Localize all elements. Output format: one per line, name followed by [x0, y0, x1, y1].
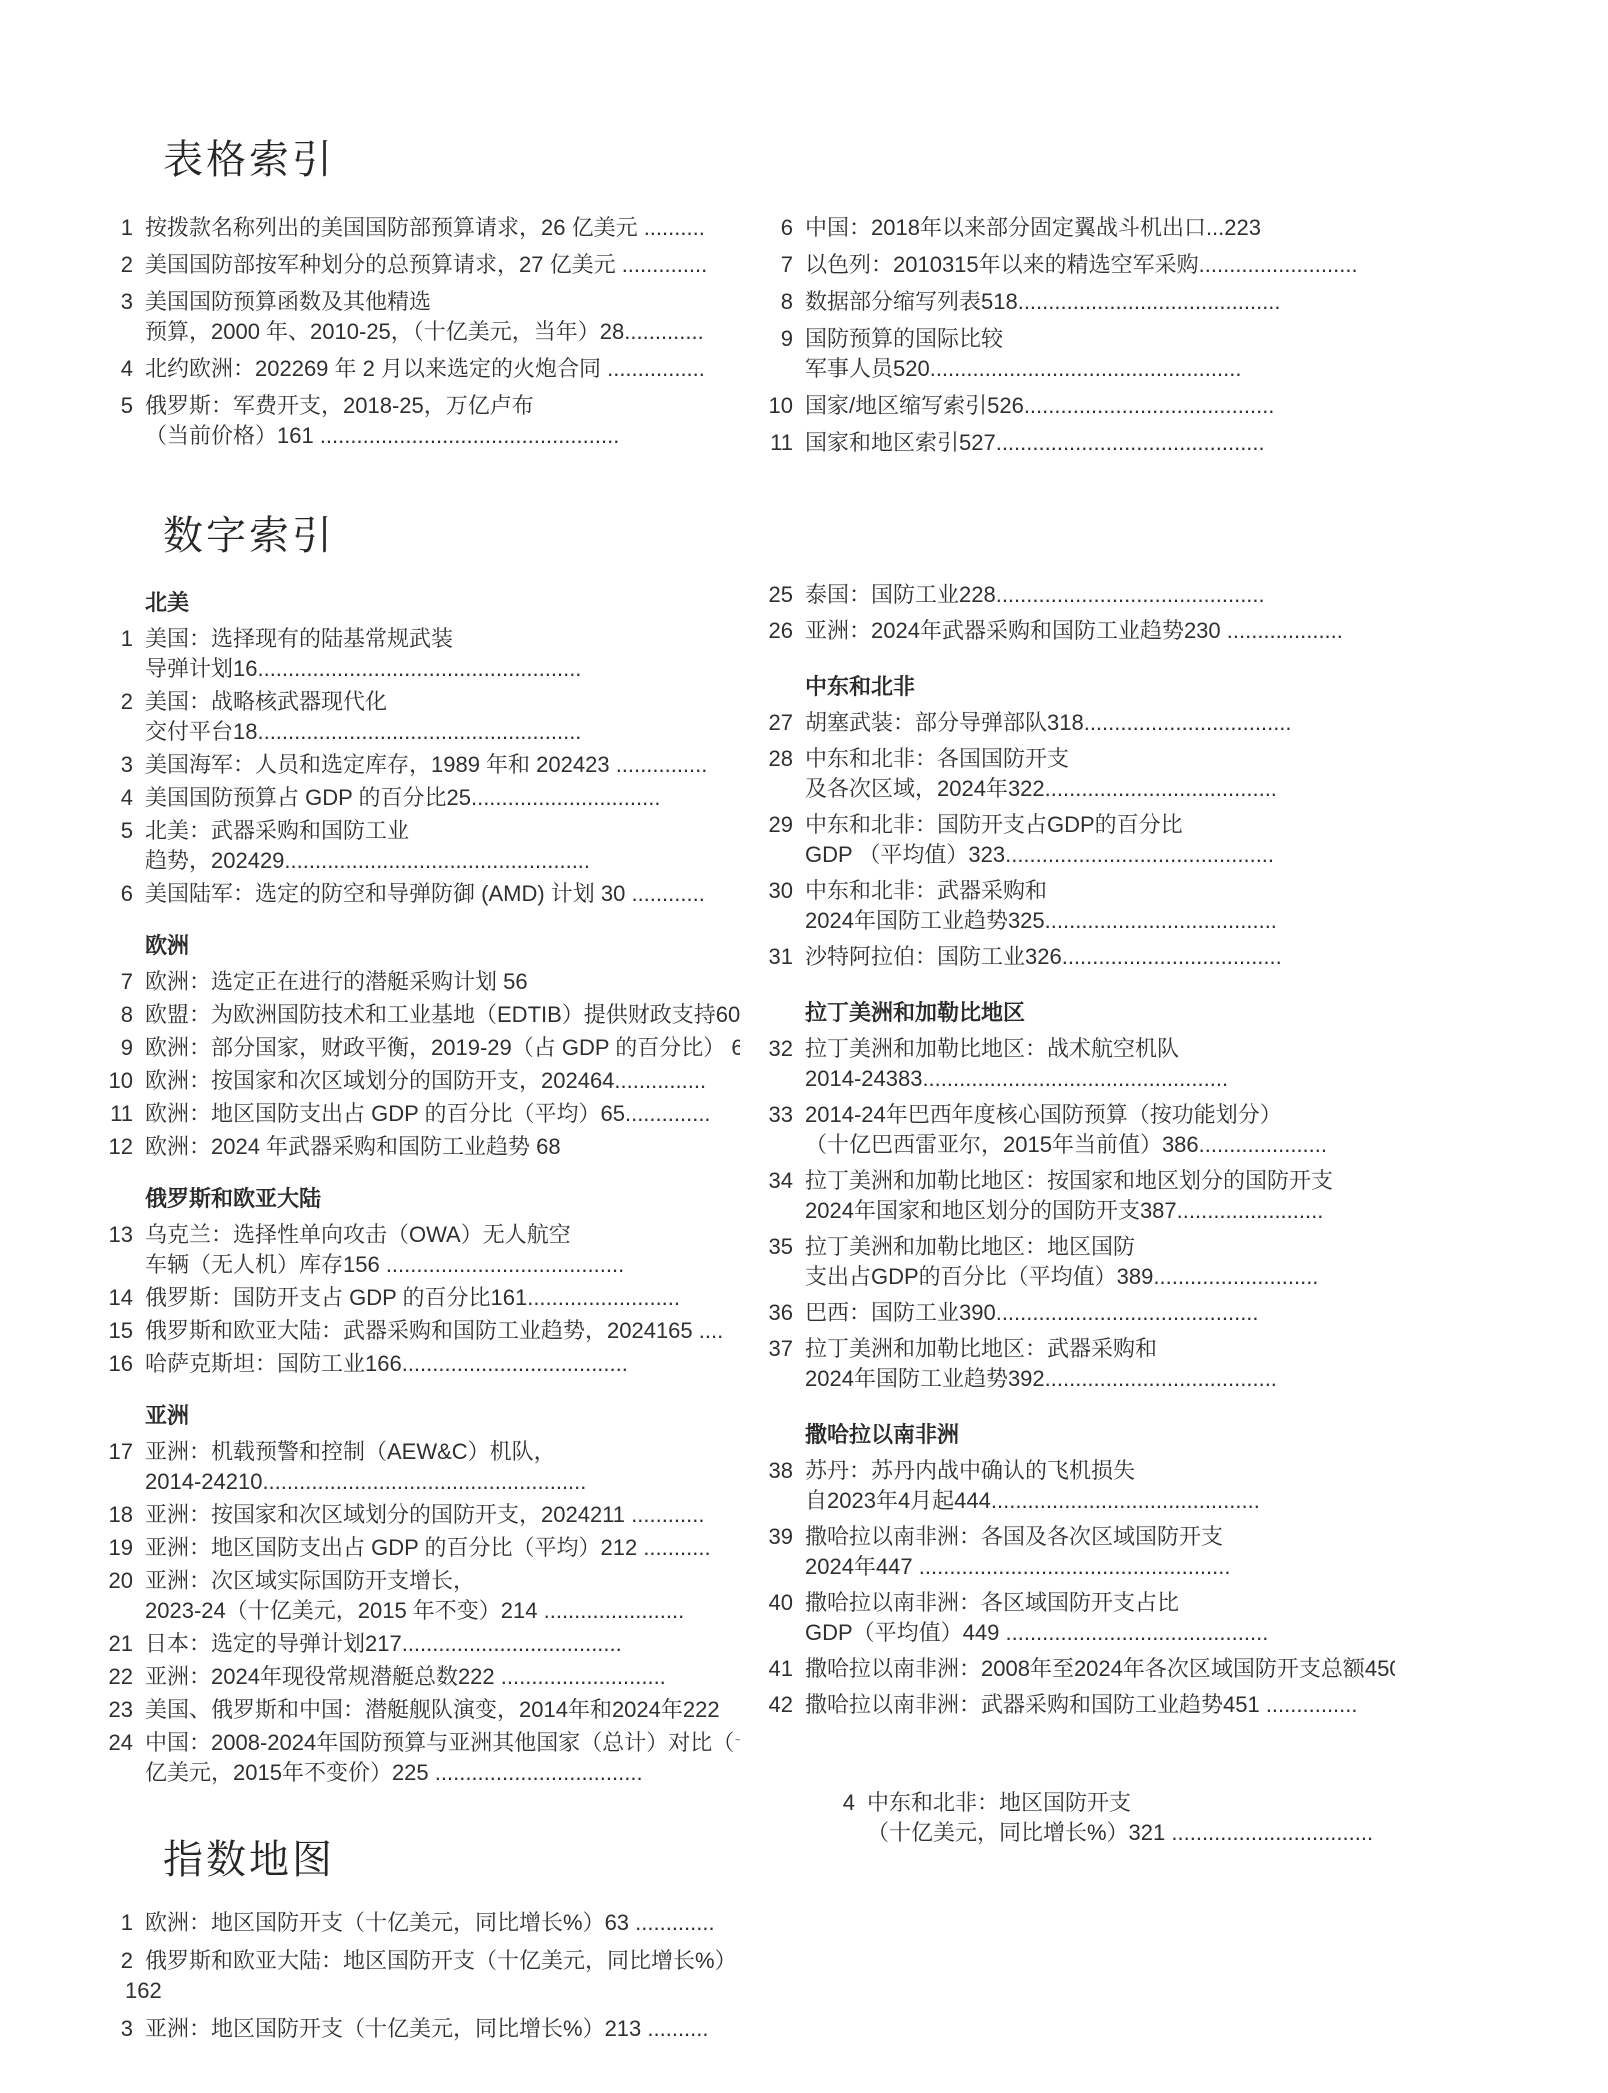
entry-line: 中东和北非：各国国防开支 — [805, 744, 1395, 774]
entry-line: 2024年国防工业趋势392..........................… — [805, 1364, 1395, 1394]
index-entry: 7以色列：2010315年以来的精选空军采购..................… — [755, 250, 1395, 280]
entry-text: 撒哈拉以南非洲：各区域国防开支占比GDP（平均值）449 ...........… — [805, 1588, 1395, 1648]
entry-line: 支出占GDP的百分比（平均值）389......................… — [805, 1262, 1395, 1292]
entry-number: 33 — [755, 1100, 805, 1160]
entry-text: 欧盟：为欧洲国防技术和工业基地（EDTIB）提供财政支持60 — [145, 1000, 740, 1030]
entry-line: 美国陆军：选定的防空和导弹防御 (AMD) 计划 30 ............ — [145, 879, 740, 909]
entry-line: 撒哈拉以南非洲：2008年至2024年各次区域国防开支总额450 — [805, 1654, 1395, 1684]
entry-text: 亚洲：2024年现役常规潜艇总数222 ....................… — [145, 1662, 740, 1692]
entry-number: 6 — [95, 879, 145, 909]
entry-line: 乌克兰：选择性单向攻击（OWA）无人航空 — [145, 1220, 740, 1250]
entry-line: 162 — [125, 1976, 740, 2006]
tables-index-left-column: 1按拨款名称列出的美国国防部预算请求，26 亿美元 ..........2美国国… — [95, 213, 740, 458]
entry-number: 42 — [755, 1690, 805, 1720]
entry-line: 2014-24383..............................… — [805, 1064, 1395, 1094]
entry-line: 拉丁美洲和加勒比地区：战术航空机队 — [805, 1034, 1395, 1064]
entry-line: 北约欧洲：202269 年 2 月以来选定的火炮合同 .............… — [145, 354, 740, 384]
index-entry: 3亚洲：地区国防开支（十亿美元，同比增长%）213 .......... — [95, 2014, 740, 2044]
entry-text: 按拨款名称列出的美国国防部预算请求，26 亿美元 .......... — [145, 213, 740, 243]
entry-line: 趋势，202429...............................… — [145, 846, 740, 876]
entry-line: 及各次区域，2024年322..........................… — [805, 774, 1395, 804]
entry-line: 美国国防部按军种划分的总预算请求，27 亿美元 .............. — [145, 250, 740, 280]
entry-text: 国家和地区索引527..............................… — [805, 428, 1395, 458]
entry-number: 3 — [95, 2014, 145, 2044]
entry-number: 11 — [95, 1099, 145, 1129]
entry-line: 日本：选定的导弹计划217...........................… — [145, 1629, 740, 1659]
entry-text: 亚洲：按国家和次区域划分的国防开支，2024211 ............ — [145, 1500, 740, 1530]
entry-number: 9 — [755, 324, 805, 384]
entry-number: 35 — [755, 1232, 805, 1292]
figures-index-left-column: 北美1美国：选择现有的陆基常规武装导弹计划16.................… — [95, 588, 740, 1791]
index-entry: 28中东和北非：各国国防开支及各次区域，2024年322............… — [755, 744, 1395, 804]
entry-text: 亚洲：地区国防支出占 GDP 的百分比（平均）212 ........... — [145, 1533, 740, 1563]
entry-number: 37 — [755, 1334, 805, 1394]
entry-number: 20 — [95, 1566, 145, 1626]
entry-number: 4 — [95, 783, 145, 813]
entry-line: 撒哈拉以南非洲：各区域国防开支占比 — [805, 1588, 1395, 1618]
entry-number: 11 — [755, 428, 805, 458]
entry-text: 中东和北非：各国国防开支及各次区域，2024年322..............… — [805, 744, 1395, 804]
index-entry: 11欧洲：地区国防支出占 GDP 的百分比（平均）65.............… — [95, 1099, 740, 1129]
entry-number: 29 — [755, 810, 805, 870]
entry-text: 俄罗斯：国防开支占 GDP 的百分比161...................… — [145, 1283, 740, 1313]
entry-text: 美国国防部按军种划分的总预算请求，27 亿美元 .............. — [145, 250, 740, 280]
entry-line: 美国国防预算函数及其他精选 — [145, 287, 740, 317]
entry-text: 美国海军：人员和选定库存，1989 年和 202423 ............… — [145, 750, 740, 780]
entry-text: 撒哈拉以南非洲：各国及各次区域国防开支2024年447 ............… — [805, 1522, 1395, 1582]
entry-number: 7 — [95, 967, 145, 997]
entry-number: 38 — [755, 1456, 805, 1516]
entry-line: 国防预算的国际比较 — [805, 324, 1395, 354]
index-entry: 9欧洲：部分国家，财政平衡，2019-29（占 GDP 的百分比） 62 — [95, 1033, 740, 1063]
entry-line: 俄罗斯：国防开支占 GDP 的百分比161...................… — [145, 1283, 740, 1313]
entry-line: 交付平台18..................................… — [145, 717, 740, 747]
entry-number: 6 — [755, 213, 805, 243]
entry-number: 5 — [95, 816, 145, 876]
entry-text: 巴西：国防工业390..............................… — [805, 1298, 1395, 1328]
index-entry: 4北约欧洲：202269 年 2 月以来选定的火炮合同 ............… — [95, 354, 740, 384]
entry-text: 日本：选定的导弹计划217...........................… — [145, 1629, 740, 1659]
entry-number: 19 — [95, 1533, 145, 1563]
entry-text: 俄罗斯：军费开支，2018-25，万亿卢布（当前价格）161 .........… — [145, 391, 740, 451]
index-entry: 26亚洲：2024年武器采购和国防工业趋势230 ...............… — [755, 616, 1395, 646]
index-entry: 4中东和北非：地区国防开支（十亿美元，同比增长%）321 ...........… — [817, 1788, 1467, 1848]
index-entry: 20亚洲：次区域实际国防开支增长，2023-24（十亿美元，2015 年不变）2… — [95, 1566, 740, 1626]
entry-line: 车辆（无人机）库存156 ...........................… — [145, 1250, 740, 1280]
entry-line: 俄罗斯：军费开支，2018-25，万亿卢布 — [145, 391, 740, 421]
index-entry: 17亚洲：机载预警和控制（AEW&C）机队，2014-24210........… — [95, 1437, 740, 1497]
index-entry: 16哈萨克斯坦：国防工业166.........................… — [95, 1349, 740, 1379]
entry-text: 数据部分缩写列表518.............................… — [805, 287, 1395, 317]
index-entry: 40撒哈拉以南非洲：各区域国防开支占比GDP（平均值）449 .........… — [755, 1588, 1395, 1648]
entry-number: 26 — [755, 616, 805, 646]
entry-line: 亚洲：按国家和次区域划分的国防开支，2024211 ............ — [145, 1500, 740, 1530]
entry-line: （当前价格）161 ..............................… — [145, 421, 740, 451]
entry-line: 拉丁美洲和加勒比地区：地区国防 — [805, 1232, 1395, 1262]
entry-number: 10 — [755, 391, 805, 421]
entry-text: 亚洲：地区国防开支（十亿美元，同比增长%）213 .......... — [145, 2014, 740, 2044]
entry-line: 亚洲：地区国防开支（十亿美元，同比增长%）213 .......... — [145, 2014, 740, 2044]
entry-number: 1 — [95, 213, 145, 243]
index-entry: 39撒哈拉以南非洲：各国及各次区域国防开支2024年447 ..........… — [755, 1522, 1395, 1582]
entry-text: 北约欧洲：202269 年 2 月以来选定的火炮合同 .............… — [145, 354, 740, 384]
entry-line: 美国：战略核武器现代化 — [145, 687, 740, 717]
region-header: 欧洲 — [145, 931, 740, 961]
maps-index-list: 1欧洲：地区国防开支（十亿美元，同比增长%）63 .............2俄… — [95, 1908, 740, 2052]
entry-line: 撒哈拉以南非洲：各国及各次区域国防开支 — [805, 1522, 1395, 1552]
entry-line: 国家/地区缩写索引526............................… — [805, 391, 1395, 421]
entry-line: 国家和地区索引527..............................… — [805, 428, 1395, 458]
entry-text: 中国：2008-2024年国防预算与亚洲其他国家（总计）对比（十亿美元，2015… — [145, 1728, 740, 1788]
entry-line: 军事人员520.................................… — [805, 354, 1395, 384]
entry-text: 俄罗斯和欧亚大陆：地区国防开支（十亿美元，同比增长%）162 — [145, 1946, 740, 2006]
entry-number: 27 — [755, 708, 805, 738]
entry-number: 34 — [755, 1166, 805, 1226]
entry-line: （十亿美元，同比增长%）321 ........................… — [867, 1818, 1467, 1848]
entry-line: 苏丹：苏丹内战中确认的飞机损失 — [805, 1456, 1395, 1486]
tables-index-title: 表格索引 — [163, 138, 335, 182]
index-entry: 7欧洲：选定正在进行的潜艇采购计划 56 — [95, 967, 740, 997]
entry-line: 亚洲：地区国防支出占 GDP 的百分比（平均）212 ........... — [145, 1533, 740, 1563]
entry-text: 苏丹：苏丹内战中确认的飞机损失自2023年4月起444.............… — [805, 1456, 1395, 1516]
entry-number: 31 — [755, 942, 805, 972]
entry-line: 亚洲：2024年武器采购和国防工业趋势230 .................… — [805, 616, 1395, 646]
entry-line: 俄罗斯和欧亚大陆：武器采购和国防工业趋势，2024165 .... — [145, 1316, 740, 1346]
index-entry: 9国防预算的国际比较军事人员520.......................… — [755, 324, 1395, 384]
entry-line: 巴西：国防工业390..............................… — [805, 1298, 1395, 1328]
entry-text: 乌克兰：选择性单向攻击（OWA）无人航空车辆（无人机）库存156 .......… — [145, 1220, 740, 1280]
entry-line: 中东和北非：地区国防开支 — [867, 1788, 1467, 1818]
entry-line: 自2023年4月起444............................… — [805, 1486, 1395, 1516]
entry-number: 32 — [755, 1034, 805, 1094]
entry-line: 俄罗斯和欧亚大陆：地区国防开支（十亿美元，同比增长%） — [145, 1946, 740, 1976]
entry-number: 17 — [95, 1437, 145, 1497]
entry-text: 北美：武器采购和国防工业趋势，202429...................… — [145, 816, 740, 876]
entry-number: 13 — [95, 1220, 145, 1280]
index-entry: 37拉丁美洲和加勒比地区：武器采购和2024年国防工业趋势392........… — [755, 1334, 1395, 1394]
document-page: 表格索引 1按拨款名称列出的美国国防部预算请求，26 亿美元 .........… — [0, 0, 1608, 2093]
entry-text: 欧洲：地区国防支出占 GDP 的百分比（平均）65.............. — [145, 1099, 740, 1129]
index-entry: 18亚洲：按国家和次区域划分的国防开支，2024211 ............ — [95, 1500, 740, 1530]
index-entry: 23美国、俄罗斯和中国：潜艇舰队演变，2014年和2024年222 — [95, 1695, 740, 1725]
entry-text: 欧洲：按国家和次区域划分的国防开支，202464............... — [145, 1066, 740, 1096]
entry-number: 30 — [755, 876, 805, 936]
entry-line: 亚洲：机载预警和控制（AEW&C）机队， — [145, 1437, 740, 1467]
entry-line: 拉丁美洲和加勒比地区：武器采购和 — [805, 1334, 1395, 1364]
entry-text: 胡塞武装：部分导弹部队318..........................… — [805, 708, 1395, 738]
region-header: 俄罗斯和欧亚大陆 — [145, 1184, 740, 1214]
entry-line: 美国、俄罗斯和中国：潜艇舰队演变，2014年和2024年222 — [145, 1695, 740, 1725]
region-header: 拉丁美洲和加勒比地区 — [805, 998, 1395, 1028]
index-entry: 25泰国：国防工业228............................… — [755, 580, 1395, 610]
entry-line: 中国：2008-2024年国防预算与亚洲其他国家（总计）对比（十 — [145, 1728, 740, 1758]
index-entry: 1按拨款名称列出的美国国防部预算请求，26 亿美元 .......... — [95, 213, 740, 243]
index-entry: 29中东和北非：国防开支占GDP的百分比GDP （平均值）323........… — [755, 810, 1395, 870]
index-entry: 10欧洲：按国家和次区域划分的国防开支，202464..............… — [95, 1066, 740, 1096]
entry-number: 14 — [95, 1283, 145, 1313]
entry-line: 泰国：国防工业228..............................… — [805, 580, 1395, 610]
entry-text: 美国：战略核武器现代化交付平台18.......................… — [145, 687, 740, 747]
entry-line: 欧盟：为欧洲国防技术和工业基地（EDTIB）提供财政支持60 — [145, 1000, 740, 1030]
index-entry: 34拉丁美洲和加勒比地区：按国家和地区划分的国防开支2024年国家和地区划分的国… — [755, 1166, 1395, 1226]
entry-text: 国防预算的国际比较军事人员520........................… — [805, 324, 1395, 384]
index-entry: 42撒哈拉以南非洲：武器采购和国防工业趋势451 ............... — [755, 1690, 1395, 1720]
entry-line: GDP（平均值）449 ............................… — [805, 1618, 1395, 1648]
entry-number: 39 — [755, 1522, 805, 1582]
region-header: 北美 — [145, 588, 740, 618]
index-entry: 3美国国防预算函数及其他精选预算，2000 年、2010-25，（十亿美元，当年… — [95, 287, 740, 347]
entry-number: 5 — [95, 391, 145, 451]
index-entry: 5北美：武器采购和国防工业趋势，202429..................… — [95, 816, 740, 876]
entry-line: 欧洲：地区国防开支（十亿美元，同比增长%）63 ............. — [145, 1908, 740, 1938]
entry-text: 撒哈拉以南非洲：武器采购和国防工业趋势451 ............... — [805, 1690, 1395, 1720]
entry-text: 亚洲：机载预警和控制（AEW&C）机队，2014-24210..........… — [145, 1437, 740, 1497]
entry-line: 拉丁美洲和加勒比地区：按国家和地区划分的国防开支 — [805, 1166, 1395, 1196]
entry-number: 3 — [95, 750, 145, 780]
entry-number: 24 — [95, 1728, 145, 1788]
entry-line: 按拨款名称列出的美国国防部预算请求，26 亿美元 .......... — [145, 213, 740, 243]
entry-text: 美国国防预算占 GDP 的百分比25......................… — [145, 783, 740, 813]
entry-line: 2023-24（十亿美元，2015 年不变）214 ..............… — [145, 1596, 740, 1626]
entry-number: 22 — [95, 1662, 145, 1692]
entry-text: 欧洲：地区国防开支（十亿美元，同比增长%）63 ............. — [145, 1908, 740, 1938]
maps-index-right-item: 4中东和北非：地区国防开支（十亿美元，同比增长%）321 ...........… — [817, 1788, 1467, 1855]
index-entry: 15俄罗斯和欧亚大陆：武器采购和国防工业趋势，2024165 .... — [95, 1316, 740, 1346]
index-entry: 12欧洲：2024 年武器采购和国防工业趋势 68 — [95, 1132, 740, 1162]
entry-line: 美国国防预算占 GDP 的百分比25......................… — [145, 783, 740, 813]
entry-line: （十亿巴西雷亚尔，2015年当前值）386...................… — [805, 1130, 1395, 1160]
entry-text: 拉丁美洲和加勒比地区：武器采购和2024年国防工业趋势392..........… — [805, 1334, 1395, 1394]
entry-text: 美国陆军：选定的防空和导弹防御 (AMD) 计划 30 ............ — [145, 879, 740, 909]
region-header: 中东和北非 — [805, 672, 1395, 702]
entry-text: 中东和北非：地区国防开支（十亿美元，同比增长%）321 ............… — [867, 1788, 1467, 1848]
entry-number: 4 — [95, 354, 145, 384]
entry-number: 41 — [755, 1654, 805, 1684]
entry-text: 亚洲：2024年武器采购和国防工业趋势230 .................… — [805, 616, 1395, 646]
entry-line: 导弹计划16..................................… — [145, 654, 740, 684]
index-entry: 6中国：2018年以来部分固定翼战斗机出口...223 — [755, 213, 1395, 243]
index-entry: 10国家/地区缩写索引526..........................… — [755, 391, 1395, 421]
entry-number: 2 — [95, 687, 145, 747]
entry-number: 23 — [95, 1695, 145, 1725]
index-entry: 4美国国防预算占 GDP 的百分比25.....................… — [95, 783, 740, 813]
index-entry: 21日本：选定的导弹计划217.........................… — [95, 1629, 740, 1659]
entry-number: 18 — [95, 1500, 145, 1530]
entry-line: 亿美元，2015年不变价）225 .......................… — [145, 1758, 740, 1788]
index-entry: 24中国：2008-2024年国防预算与亚洲其他国家（总计）对比（十亿美元，20… — [95, 1728, 740, 1788]
entry-line: 欧洲：按国家和次区域划分的国防开支，202464............... — [145, 1066, 740, 1096]
index-entry: 332014-24年巴西年度核心国防预算（按功能划分）（十亿巴西雷亚尔，2015… — [755, 1100, 1395, 1160]
entry-line: 北美：武器采购和国防工业 — [145, 816, 740, 846]
entry-text: 哈萨克斯坦：国防工业166...........................… — [145, 1349, 740, 1379]
entry-text: 泰国：国防工业228..............................… — [805, 580, 1395, 610]
entry-line: 2024年国防工业趋势325..........................… — [805, 906, 1395, 936]
entry-text: 欧洲：2024 年武器采购和国防工业趋势 68 — [145, 1132, 740, 1162]
entry-number: 7 — [755, 250, 805, 280]
index-entry: 32拉丁美洲和加勒比地区：战术航空机队2014-24383...........… — [755, 1034, 1395, 1094]
entry-number: 10 — [95, 1066, 145, 1096]
index-entry: 41撒哈拉以南非洲：2008年至2024年各次区域国防开支总额450 — [755, 1654, 1395, 1684]
entry-line: 哈萨克斯坦：国防工业166...........................… — [145, 1349, 740, 1379]
entry-text: 沙特阿拉伯：国防工业326...........................… — [805, 942, 1395, 972]
entry-text: 美国国防预算函数及其他精选预算，2000 年、2010-25，（十亿美元，当年）… — [145, 287, 740, 347]
entry-text: 俄罗斯和欧亚大陆：武器采购和国防工业趋势，2024165 .... — [145, 1316, 740, 1346]
entry-line: 预算，2000 年、2010-25，（十亿美元，当年）28...........… — [145, 317, 740, 347]
index-entry: 31沙特阿拉伯：国防工业326.........................… — [755, 942, 1395, 972]
entry-line: 胡塞武装：部分导弹部队318..........................… — [805, 708, 1395, 738]
entry-line: 数据部分缩写列表518.............................… — [805, 287, 1395, 317]
entry-text: 美国、俄罗斯和中国：潜艇舰队演变，2014年和2024年222 — [145, 1695, 740, 1725]
figures-index-title: 数字索引 — [163, 514, 335, 558]
index-entry: 2俄罗斯和欧亚大陆：地区国防开支（十亿美元，同比增长%）162 — [95, 1946, 740, 2006]
index-entry: 11国家和地区索引527............................… — [755, 428, 1395, 458]
index-entry: 2美国：战略核武器现代化交付平台18......................… — [95, 687, 740, 747]
entry-line: 2014-24210..............................… — [145, 1467, 740, 1497]
entry-line: 欧洲：2024 年武器采购和国防工业趋势 68 — [145, 1132, 740, 1162]
region-header: 亚洲 — [145, 1401, 740, 1431]
entry-text: 2014-24年巴西年度核心国防预算（按功能划分）（十亿巴西雷亚尔，2015年当… — [805, 1100, 1395, 1160]
figures-index-right-column: 25泰国：国防工业228............................… — [755, 580, 1395, 1726]
index-entry: 14俄罗斯：国防开支占 GDP 的百分比161.................… — [95, 1283, 740, 1313]
entry-line: 中东和北非：国防开支占GDP的百分比 — [805, 810, 1395, 840]
index-entry: 30中东和北非：武器采购和2024年国防工业趋势325.............… — [755, 876, 1395, 936]
entry-number: 25 — [755, 580, 805, 610]
entry-text: 中东和北非：武器采购和2024年国防工业趋势325...............… — [805, 876, 1395, 936]
entry-text: 撒哈拉以南非洲：2008年至2024年各次区域国防开支总额450 — [805, 1654, 1395, 1684]
entry-text: 美国：选择现有的陆基常规武装导弹计划16....................… — [145, 624, 740, 684]
entry-number: 1 — [95, 1908, 145, 1938]
entry-number: 1 — [95, 624, 145, 684]
index-entry: 1欧洲：地区国防开支（十亿美元，同比增长%）63 ............. — [95, 1908, 740, 1938]
entry-number: 12 — [95, 1132, 145, 1162]
entry-line: 沙特阿拉伯：国防工业326...........................… — [805, 942, 1395, 972]
entry-number: 40 — [755, 1588, 805, 1648]
entry-text: 亚洲：次区域实际国防开支增长，2023-24（十亿美元，2015 年不变）214… — [145, 1566, 740, 1626]
entry-text: 拉丁美洲和加勒比地区：按国家和地区划分的国防开支2024年国家和地区划分的国防开… — [805, 1166, 1395, 1226]
entry-number: 4 — [817, 1788, 867, 1848]
index-entry: 35拉丁美洲和加勒比地区：地区国防支出占GDP的百分比（平均值）389.....… — [755, 1232, 1395, 1292]
entry-number: 8 — [755, 287, 805, 317]
tables-index-right-column: 6中国：2018年以来部分固定翼战斗机出口...2237以色列：2010315年… — [755, 213, 1395, 465]
entry-number: 15 — [95, 1316, 145, 1346]
entry-line: 2024年447 ...............................… — [805, 1552, 1395, 1582]
entry-number: 2 — [95, 250, 145, 280]
entry-text: 欧洲：选定正在进行的潜艇采购计划 56 — [145, 967, 740, 997]
entry-line: 中国：2018年以来部分固定翼战斗机出口...223 — [805, 213, 1395, 243]
index-entry: 5俄罗斯：军费开支，2018-25，万亿卢布（当前价格）161 ........… — [95, 391, 740, 451]
entry-line: 中东和北非：武器采购和 — [805, 876, 1395, 906]
index-entry: 2美国国防部按军种划分的总预算请求，27 亿美元 .............. — [95, 250, 740, 280]
index-entry: 3美国海军：人员和选定库存，1989 年和 202423 ...........… — [95, 750, 740, 780]
entry-number: 16 — [95, 1349, 145, 1379]
entry-text: 国家/地区缩写索引526............................… — [805, 391, 1395, 421]
entry-text: 中国：2018年以来部分固定翼战斗机出口...223 — [805, 213, 1395, 243]
entry-number: 9 — [95, 1033, 145, 1063]
entry-line: 亚洲：次区域实际国防开支增长， — [145, 1566, 740, 1596]
entry-line: 美国海军：人员和选定库存，1989 年和 202423 ............… — [145, 750, 740, 780]
index-entry: 1美国：选择现有的陆基常规武装导弹计划16...................… — [95, 624, 740, 684]
index-entry: 36巴西：国防工业390............................… — [755, 1298, 1395, 1328]
entry-line: 以色列：2010315年以来的精选空军采购...................… — [805, 250, 1395, 280]
region-header: 撒哈拉以南非洲 — [805, 1420, 1395, 1450]
entry-line: 美国：选择现有的陆基常规武装 — [145, 624, 740, 654]
entry-number: 8 — [95, 1000, 145, 1030]
entry-text: 拉丁美洲和加勒比地区：地区国防支出占GDP的百分比（平均值）389.......… — [805, 1232, 1395, 1292]
entry-line: 亚洲：2024年现役常规潜艇总数222 ....................… — [145, 1662, 740, 1692]
entry-text: 中东和北非：国防开支占GDP的百分比GDP （平均值）323..........… — [805, 810, 1395, 870]
entry-text: 拉丁美洲和加勒比地区：战术航空机队2014-24383.............… — [805, 1034, 1395, 1094]
entry-line: 2014-24年巴西年度核心国防预算（按功能划分） — [805, 1100, 1395, 1130]
maps-index-title: 指数地图 — [163, 1838, 335, 1882]
entry-text: 欧洲：部分国家，财政平衡，2019-29（占 GDP 的百分比） 62 — [145, 1033, 740, 1063]
entry-line: GDP （平均值）323............................… — [805, 840, 1395, 870]
index-entry: 22亚洲：2024年现役常规潜艇总数222 ..................… — [95, 1662, 740, 1692]
index-entry: 27胡塞武装：部分导弹部队318........................… — [755, 708, 1395, 738]
entry-number: 28 — [755, 744, 805, 804]
index-entry: 8欧盟：为欧洲国防技术和工业基地（EDTIB）提供财政支持60 — [95, 1000, 740, 1030]
entry-number: 3 — [95, 287, 145, 347]
index-entry: 6美国陆军：选定的防空和导弹防御 (AMD) 计划 30 ...........… — [95, 879, 740, 909]
entry-line: 2024年国家和地区划分的国防开支387....................… — [805, 1196, 1395, 1226]
entry-line: 撒哈拉以南非洲：武器采购和国防工业趋势451 ............... — [805, 1690, 1395, 1720]
entry-text: 以色列：2010315年以来的精选空军采购...................… — [805, 250, 1395, 280]
index-entry: 13乌克兰：选择性单向攻击（OWA）无人航空车辆（无人机）库存156 .....… — [95, 1220, 740, 1280]
index-entry: 8数据部分缩写列表518............................… — [755, 287, 1395, 317]
index-entry: 19亚洲：地区国防支出占 GDP 的百分比（平均）212 ........... — [95, 1533, 740, 1563]
entry-number: 21 — [95, 1629, 145, 1659]
entry-number: 36 — [755, 1298, 805, 1328]
index-entry: 38苏丹：苏丹内战中确认的飞机损失自2023年4月起444...........… — [755, 1456, 1395, 1516]
entry-line: 欧洲：选定正在进行的潜艇采购计划 56 — [145, 967, 740, 997]
entry-line: 欧洲：地区国防支出占 GDP 的百分比（平均）65.............. — [145, 1099, 740, 1129]
entry-line: 欧洲：部分国家，财政平衡，2019-29（占 GDP 的百分比） 62 — [145, 1033, 740, 1063]
